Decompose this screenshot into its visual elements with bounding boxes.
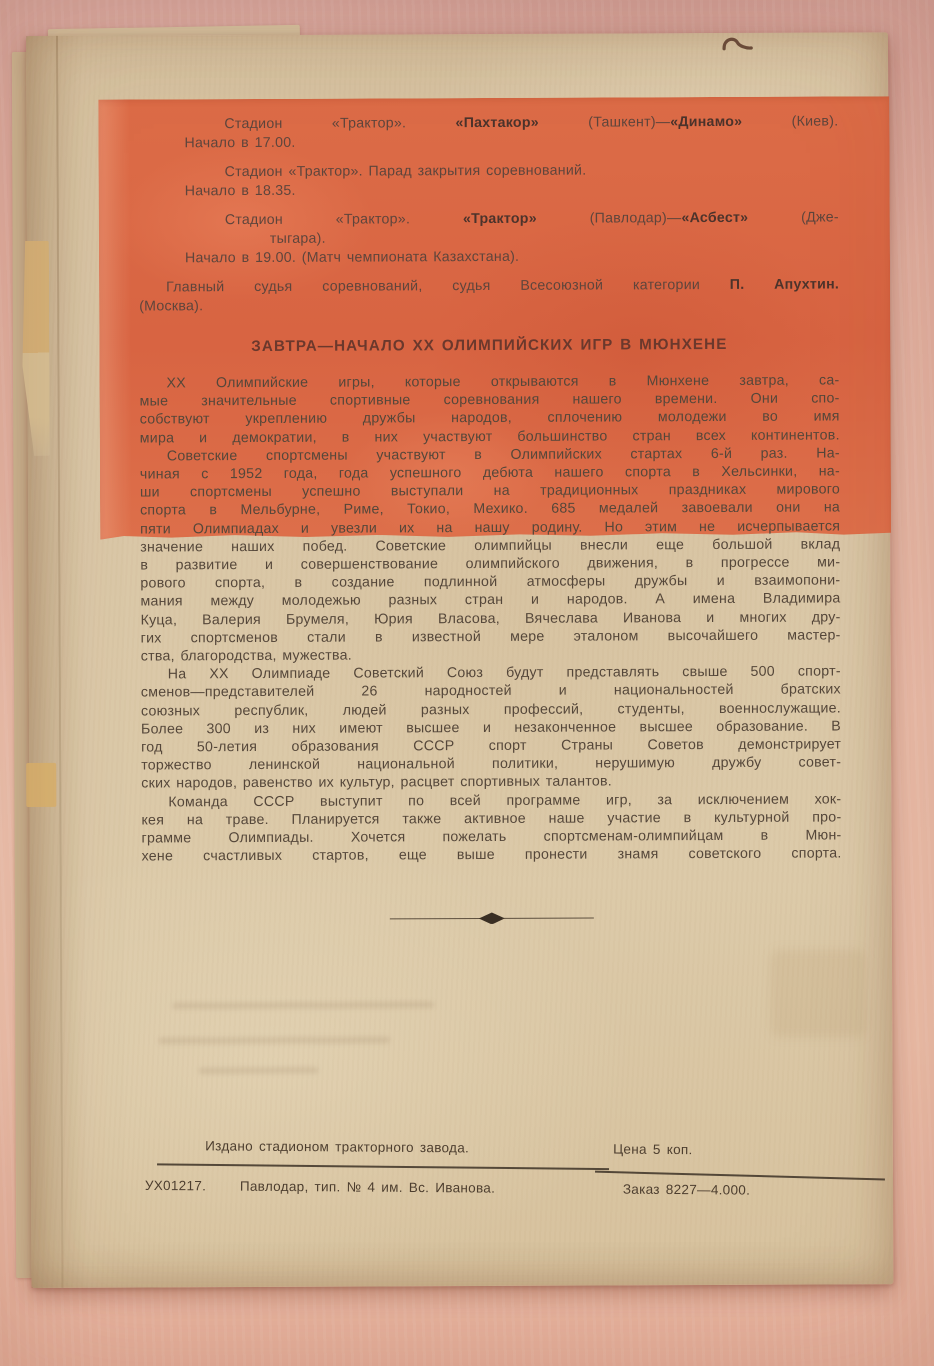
schedule-item: Стадион «Трактор». «Пахтакор» (Ташкент)—… xyxy=(184,112,838,153)
line-text: (Павлодар)— xyxy=(537,210,682,227)
ghost-smudge xyxy=(172,1001,434,1009)
schedule-list: Стадион «Трактор». «Пахтакор» (Ташкент)—… xyxy=(138,112,839,268)
article-headline: ЗАВТРА—НАЧАЛО XX ОЛИМПИЙСКИХ ИГР В МЮНХЕ… xyxy=(139,335,839,356)
printed-column: Стадион «Трактор». «Пахтакор» (Ташкент)—… xyxy=(138,112,842,926)
line-text: (Ташкент)— xyxy=(539,114,670,131)
schedule-line: Стадион «Трактор». «Пахтакор» (Ташкент)—… xyxy=(184,112,838,134)
line-text: Начало в 17.00. xyxy=(184,135,295,151)
imprint-code: УХ01217. xyxy=(145,1177,206,1194)
line-text: (Дже- xyxy=(748,209,839,225)
divider-line-left xyxy=(390,918,482,920)
photo-backdrop: { "colors":{ "backdrop":"#e5b0a0","paper… xyxy=(0,0,934,1366)
imprint-rule-left xyxy=(157,1163,609,1170)
imprint-publisher: Издано стадионом тракторного завода. xyxy=(205,1137,469,1156)
team-name-bold: П. Апухтин. xyxy=(730,276,839,292)
schedule-line: (Москва). xyxy=(139,294,839,316)
schedule-item: Стадион «Трактор». «Трактор» (Павлодар)—… xyxy=(185,208,839,268)
line-text: Стадион «Трактор». xyxy=(225,211,463,228)
imprint-rule-right xyxy=(595,1171,885,1181)
line-text: Стадион «Трактор». Парад закрытия соревн… xyxy=(225,163,587,181)
team-name-bold: «Трактор» xyxy=(463,211,537,227)
schedule-line: Начало в 17.00. xyxy=(184,131,838,153)
imprint-order: Заказ 8227—4.000. xyxy=(623,1181,750,1199)
line-text: Начало в 19.00. (Матч чемпионата Казахст… xyxy=(185,249,519,266)
divider-line-right xyxy=(502,917,594,919)
line-text: (Москва). xyxy=(139,298,203,314)
stain-patch xyxy=(770,949,866,1037)
line-text: тыгара). xyxy=(270,231,326,247)
line-text: (Киев). xyxy=(742,113,838,129)
schedule-line: Главный судья соревнований, судья Всесою… xyxy=(139,275,839,297)
imprint-printer: Павлодар, тип. № 4 им. Вс. Иванова. xyxy=(240,1178,495,1197)
article-line: хене счастливых стартов, еще выше пронес… xyxy=(142,845,842,866)
article-body: XX Олимпийские игры, которые открываются… xyxy=(139,371,841,866)
ghost-smudge xyxy=(199,1067,319,1075)
imprint-block: Издано стадионом тракторного завода. Цен… xyxy=(143,1137,904,1213)
program-page: Стадион «Трактор». «Пахтакор» (Ташкент)—… xyxy=(26,32,893,1288)
article-line: гих спортсменов стали в известной мере э… xyxy=(141,626,841,647)
article-paragraph: XX Олимпийские игры, которые открываются… xyxy=(139,371,839,447)
schedule-line: Стадион «Трактор». «Трактор» (Павлодар)—… xyxy=(185,208,839,230)
line-text: Начало в 18.35. xyxy=(185,183,296,199)
divider-ornament xyxy=(142,911,842,926)
schedule-item: Стадион «Трактор». Парад закрытия соревн… xyxy=(185,160,839,201)
judge-note: Главный судья соревнований, судья Всесою… xyxy=(139,275,839,316)
schedule-line: Начало в 19.00. (Матч чемпионата Казахст… xyxy=(185,246,839,268)
staple-icon xyxy=(719,33,757,65)
team-name-bold: «Асбест» xyxy=(681,210,748,226)
team-name-bold: «Динамо» xyxy=(670,114,742,130)
imprint-price: Цена 5 коп. xyxy=(613,1141,693,1159)
ghost-smudge xyxy=(158,1036,390,1044)
tape-patch-lower xyxy=(26,763,56,807)
article-line: торжество ленинской национальной политик… xyxy=(141,754,841,775)
line-text: Стадион «Трактор». xyxy=(224,115,455,132)
line-text: Главный судья соревнований, судья Всесою… xyxy=(166,277,730,295)
team-name-bold: «Пахтакор» xyxy=(456,115,539,131)
schedule-line: Начало в 18.35. xyxy=(185,179,839,201)
article-paragraph: Советские спортсмены участвуют в Олимпий… xyxy=(140,444,841,665)
imprint-row: Издано стадионом тракторного завода. Цен… xyxy=(143,1137,903,1143)
article-paragraph: На XX Олимпиаде Советский Союз будут пре… xyxy=(141,663,842,793)
article-paragraph: Команда СССР выступит по всей программе … xyxy=(141,790,841,866)
